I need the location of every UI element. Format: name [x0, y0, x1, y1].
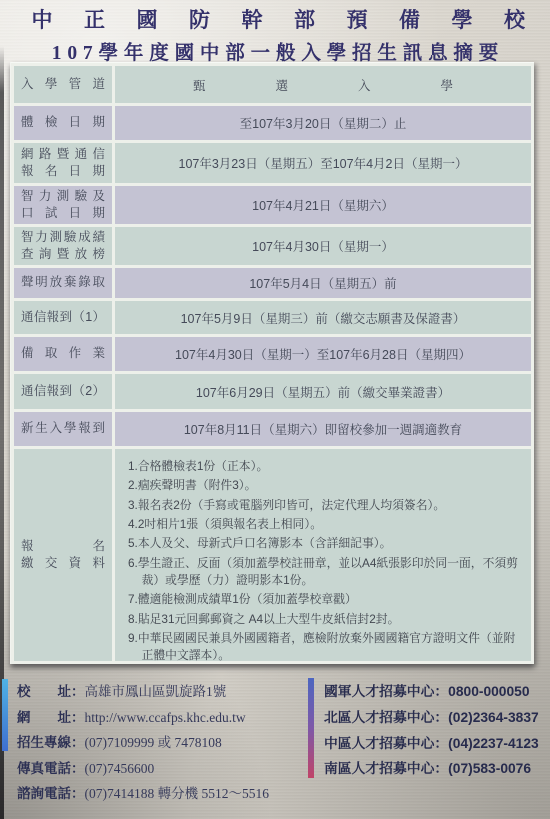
row-label: 入學管道	[14, 66, 112, 103]
list-item: 2.痼疾聲明書（附件3）。	[128, 477, 521, 494]
recruitment-line-central: 中區人才招募中心：(04)2237-4123	[324, 731, 539, 757]
list-item: 1.合格體檢表1份（正本）。	[128, 458, 521, 475]
row-label: 網路暨通信 報名日期	[14, 143, 112, 183]
row-label: 通信報到（1）	[14, 301, 112, 334]
table-row-iq-test-interview: 智力測驗及 口試日期 107年4月21日（星期六）	[14, 186, 531, 224]
row-value: 107年4月30日（星期一）至107年6月28日（星期四）	[115, 337, 531, 371]
list-item: 6.學生證正、反面（須加蓋學校註冊章，並以A4紙張影印於同一面，不須剪裁）或學歷…	[128, 555, 521, 590]
table-row-physical-exam: 體檢日期 至107年3月20日（星期二）止	[14, 106, 531, 140]
recruitment-line-north: 北區人才招募中心：(02)2364-3837	[324, 705, 539, 731]
document-photo: 中正國防幹部預備學校 107學年度國中部一般入學招生訊息摘要 入學管道 甄選入學…	[0, 0, 550, 819]
row-label: 體檢日期	[14, 106, 112, 140]
table-row-submission-documents: 報名 繳交資料 1.合格體檢表1份（正本）。 2.痼疾聲明書（附件3）。 3.報…	[14, 449, 531, 661]
contact-footer: 校 址：高雄市鳳山區凱旋路1號 網 址：http://www.ccafps.kh…	[0, 676, 550, 819]
row-label: 報名 繳交資料	[14, 449, 112, 661]
table-row-mail-checkin-2: 通信報到（2） 107年6月29日（星期五）前（繳交畢業證書）	[14, 374, 531, 409]
recruitment-line-national: 國軍人才招募中心：0800-000050	[324, 679, 539, 705]
row-value: 107年5月4日（星期五）前	[115, 268, 531, 298]
table-row-waitlist-process: 備取作業 107年4月30日（星期一）至107年6月28日（星期四）	[14, 337, 531, 371]
table-row-score-announcement: 智力測驗成績 查詢暨放榜 107年4月30日（星期一）	[14, 227, 531, 265]
contact-line-inquiry-phone: 諮詢電話：(07)7414188 轉分機 5512～5516	[17, 781, 269, 807]
contact-line-fax: 傳真電話：(07)7456600	[17, 756, 269, 782]
contact-line-admission-hotline: 招生專線：(07)7109999 或 7478108	[17, 730, 269, 756]
table-row-mail-checkin-1: 通信報到（1） 107年5月9日（星期三）前（繳交志願書及保證書）	[14, 301, 531, 334]
contact-line-address: 校 址：高雄市鳳山區凱旋路1號	[17, 679, 269, 705]
row-value: 107年5月9日（星期三）前（繳交志願書及保證書）	[115, 301, 531, 334]
row-label: 備取作業	[14, 337, 112, 371]
list-item: 7.體適能檢測成績單1份（須加蓋學校章戳）	[128, 591, 521, 608]
list-item: 9.中華民國國民兼具外國國籍者，應檢附放棄外國國籍官方證明文件（並附正體中文譯本…	[128, 630, 521, 661]
table-row-freshman-checkin: 新生入學報到 107年8月11日（星期六）即留校參加一週調適教育	[14, 412, 531, 446]
gradient-divider-bar	[308, 678, 314, 778]
blue-accent-bar	[2, 679, 8, 751]
row-value: 至107年3月20日（星期二）止	[115, 106, 531, 140]
contact-line-website: 網 址：http://www.ccafps.khc.edu.tw	[17, 705, 269, 731]
table-row-admission-channel: 入學管道 甄選入學	[14, 66, 531, 103]
school-name: 中正國防幹部預備學校	[0, 4, 550, 34]
recruitment-line-south: 南區人才招募中心：(07)583-0076	[324, 756, 539, 782]
document-header: 中正國防幹部預備學校 107學年度國中部一般入學招生訊息摘要	[0, 4, 550, 65]
admission-schedule-table: 入學管道 甄選入學 體檢日期 至107年3月20日（星期二）止 網路暨通信 報名…	[10, 62, 534, 664]
list-item: 4.2吋相片1張（須與報名表上相同）。	[128, 516, 521, 533]
row-value: 107年4月21日（星期六）	[115, 186, 531, 224]
row-label: 新生入學報到	[14, 412, 112, 446]
recruitment-center-column: 國軍人才招募中心：0800-000050 北區人才招募中心：(02)2364-3…	[324, 679, 539, 782]
row-value: 甄選入學	[115, 66, 531, 103]
school-contact-column: 校 址：高雄市鳳山區凱旋路1號 網 址：http://www.ccafps.kh…	[17, 679, 269, 807]
list-item: 8.貼足31元回郵郵資之 A4以上大型牛皮紙信封2封。	[128, 611, 521, 628]
row-label: 通信報到（2）	[14, 374, 112, 409]
list-item: 3.報名表2份（手寫或電腦列印皆可，法定代理人均須簽名）。	[128, 497, 521, 514]
page-title: 107學年度國中部一般入學招生訊息摘要	[0, 37, 550, 65]
row-value: 107年3月23日（星期五）至107年4月2日（星期一）	[115, 143, 531, 183]
row-value: 1.合格體檢表1份（正本）。 2.痼疾聲明書（附件3）。 3.報名表2份（手寫或…	[115, 449, 531, 661]
table-row-registration-period: 網路暨通信 報名日期 107年3月23日（星期五）至107年4月2日（星期一）	[14, 143, 531, 183]
row-value: 107年4月30日（星期一）	[115, 227, 531, 265]
table-row-waive-admission: 聲明放棄錄取 107年5月4日（星期五）前	[14, 268, 531, 298]
row-label: 智力測驗成績 查詢暨放榜	[14, 227, 112, 265]
row-value: 107年6月29日（星期五）前（繳交畢業證書）	[115, 374, 531, 409]
row-label: 聲明放棄錄取	[14, 268, 112, 298]
submission-items-list: 1.合格體檢表1份（正本）。 2.痼疾聲明書（附件3）。 3.報名表2份（手寫或…	[128, 458, 521, 661]
row-label: 智力測驗及 口試日期	[14, 186, 112, 224]
row-value: 107年8月11日（星期六）即留校參加一週調適教育	[115, 412, 531, 446]
list-item: 5.本人及父、母新式戶口名簿影本（含詳細記事）。	[128, 535, 521, 552]
